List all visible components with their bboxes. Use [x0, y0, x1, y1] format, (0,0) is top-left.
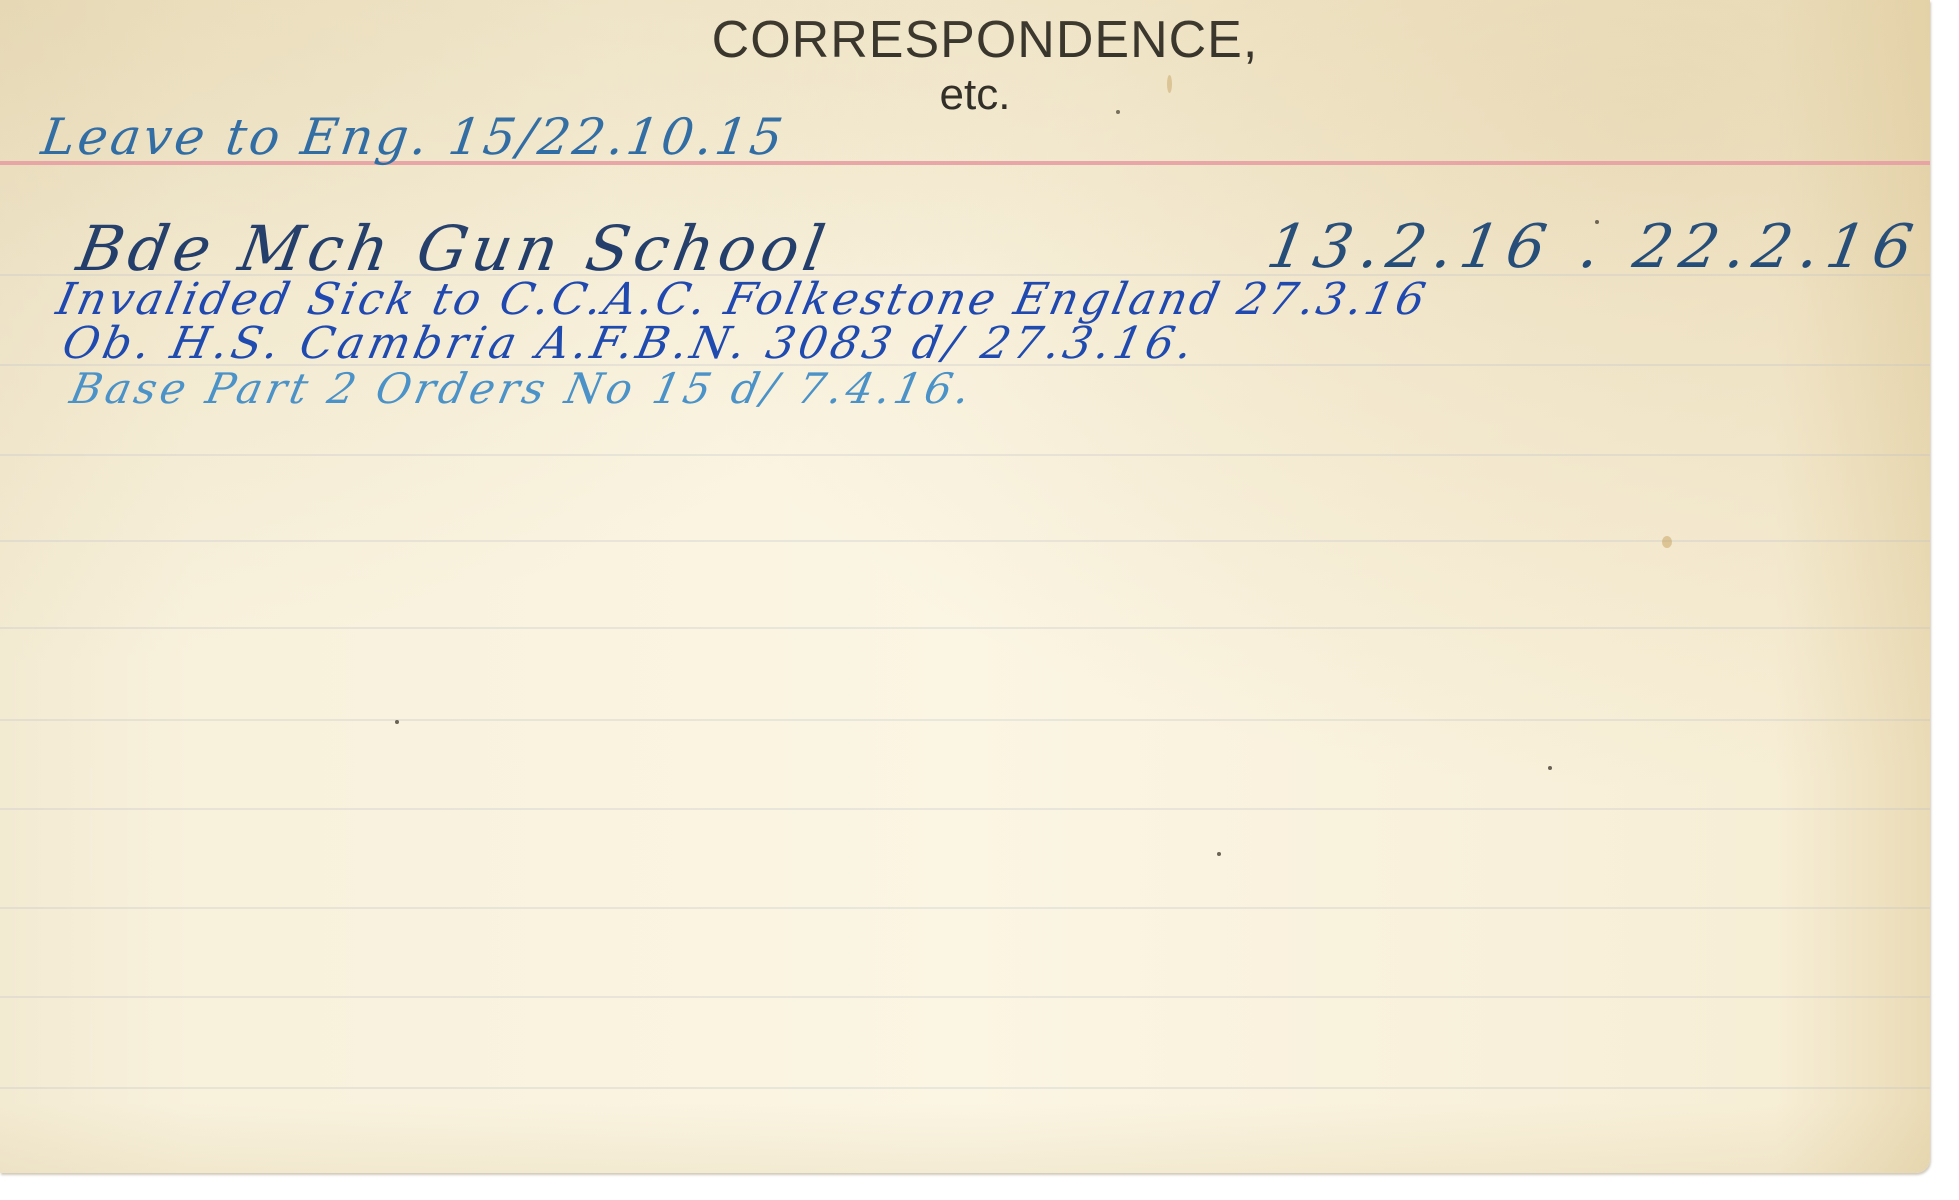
paper-speck — [1548, 766, 1552, 770]
record-card: CORRESPONDENCE, etc. Leave to Eng. 15/22… — [0, 0, 1930, 1173]
entry-leave: Leave to Eng. 15/22.10.15 — [38, 108, 789, 166]
ruled-line — [0, 996, 1930, 998]
paper-speck — [395, 720, 399, 724]
paper-stain — [1662, 536, 1672, 548]
ruled-line — [0, 808, 1930, 810]
ruled-line — [0, 540, 1930, 542]
paper-speck — [1217, 852, 1221, 856]
ruled-line — [0, 627, 1930, 629]
card-heading: CORRESPONDENCE, — [0, 10, 1930, 70]
ruled-line — [0, 1087, 1930, 1089]
entry-base-orders: Base Part 2 Orders No 15 d/ 7.4.16. — [66, 364, 979, 413]
ruled-line — [0, 454, 1930, 456]
entry-hospital-ship: Ob. H.S. Cambria A.F.B.N. 3083 d/ 27.3.1… — [58, 318, 1201, 369]
paper-speck — [1595, 220, 1599, 224]
ruled-line — [0, 907, 1930, 909]
paper-stain — [1167, 75, 1172, 93]
page-canvas: CORRESPONDENCE, etc. Leave to Eng. 15/22… — [0, 0, 1959, 1200]
ruled-line — [0, 719, 1930, 721]
entry-mg-school-dates: 13.2.16 . 22.2.16 — [1262, 212, 1926, 282]
paper-speck — [1116, 110, 1120, 114]
